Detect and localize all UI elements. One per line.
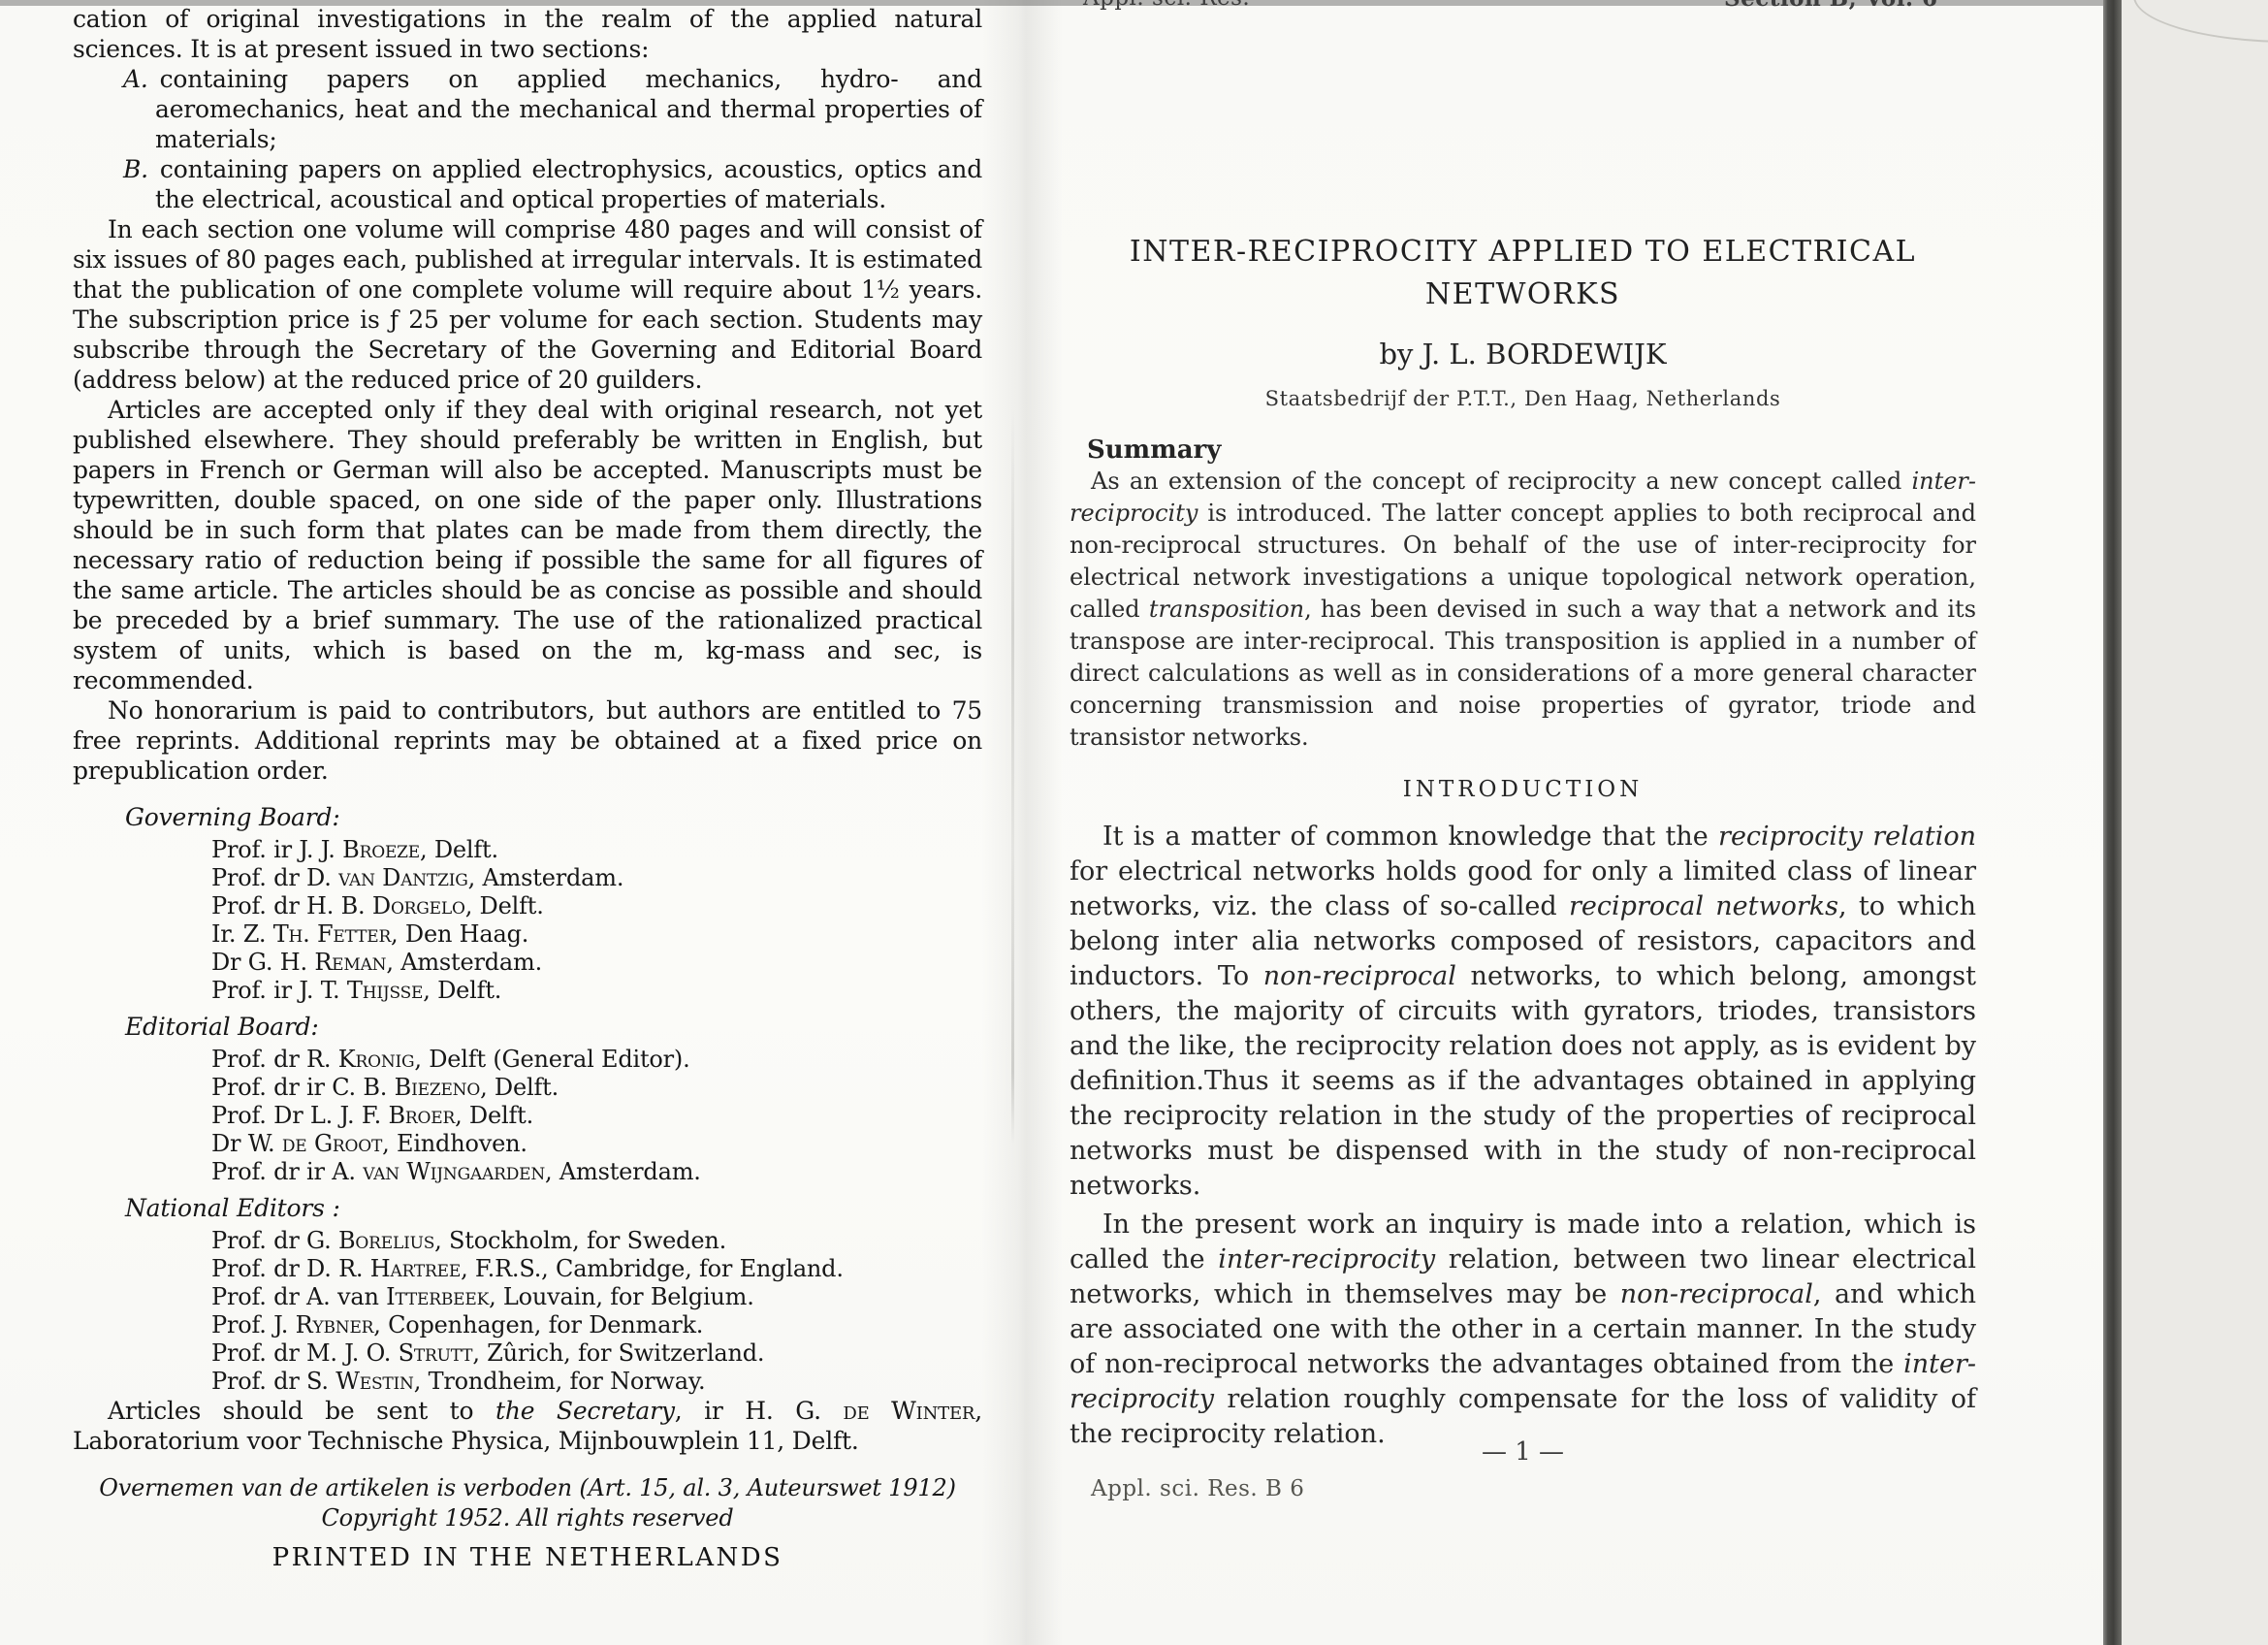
text-segment: , Trondheim, for Norway. — [414, 1368, 706, 1395]
text-segment: , Delft. — [420, 836, 498, 863]
governing-board-members-line: Prof. dr H. B. Dorgelo, Delft. — [73, 892, 982, 920]
section-b-item: B.containing papers on applied electroph… — [73, 154, 982, 214]
secretary-note: Articles should be sent to the Secretary… — [73, 1396, 982, 1456]
national-editors-members-line: Prof. dr D. R. Hartree, F.R.S., Cambridg… — [73, 1255, 982, 1283]
national-editors-members-line: Prof. dr A. van Itterbeek, Louvain, for … — [73, 1283, 982, 1311]
text-segment: , Delft. — [465, 892, 544, 919]
introduction-paragraph-2: In the present work an inquiry is made i… — [1070, 1208, 1976, 1452]
articles-policy-paragraph: Articles are accepted only if they deal … — [73, 395, 982, 695]
national-editors-members: Prof. dr G. Borelius, Stockholm, for Swe… — [73, 1227, 982, 1396]
text-segment: transposition — [1149, 596, 1304, 623]
printed-in-netherlands-line: PRINTED IN THE NETHERLANDS — [73, 1543, 982, 1573]
honorarium-paragraph: No honorarium is paid to contributors, b… — [73, 695, 982, 786]
text-segment: Thijsse — [347, 977, 423, 1004]
text-segment: , Amsterdam. — [545, 1158, 701, 1185]
text-segment: Rybner — [296, 1311, 374, 1339]
text-segment: Kronig — [338, 1046, 415, 1073]
text-segment: , Louvain, for Belgium. — [489, 1283, 754, 1310]
page-number: — 1 — — [1070, 1437, 1976, 1467]
text-segment: Broeze — [342, 836, 420, 863]
editorial-board-members: Prof. dr R. Kronig, Delft (General Edito… — [73, 1046, 982, 1186]
governing-board-members-line: Dr G. H. Reman, Amsterdam. — [73, 949, 982, 977]
text-segment: Th. Fetter — [273, 920, 391, 948]
summary-heading: Summary — [1087, 435, 1976, 466]
summary-paragraph: As an extension of the concept of recipr… — [1070, 466, 1976, 754]
editorial-board-members-line: Prof. dr ir C. B. Biezeno, Delft. — [73, 1074, 982, 1102]
text-segment: Articles should be sent to — [108, 1397, 495, 1425]
article-title: INTER-RECIPROCITY APPLIED TO ELECTRICAL … — [1070, 231, 1976, 316]
text-segment: van Wijngaarden — [363, 1158, 545, 1185]
governing-board-members-line: Prof. ir J. J. Broeze, Delft. — [73, 836, 982, 864]
national-editors-members-line: Prof. dr G. Borelius, Stockholm, for Swe… — [73, 1227, 982, 1255]
editorial-board-members-line: Prof. dr ir A. van Wijngaarden, Amsterda… — [73, 1158, 982, 1186]
text-segment: , Copenhagen, for Denmark. — [373, 1311, 703, 1339]
section-a-label: A. — [123, 65, 148, 93]
text-segment: Borelius — [338, 1227, 434, 1254]
governing-board-members: Prof. ir J. J. Broeze, Delft.Prof. dr D.… — [73, 836, 982, 1005]
text-segment: , Den Haag. — [391, 920, 528, 948]
editorial-board: Editorial Board: Prof. dr R. Kronig, Del… — [73, 1011, 982, 1186]
governing-board-members-line: Ir. Z. Th. Fetter, Den Haag. — [73, 920, 982, 949]
text-segment: Prof. dr G. — [211, 1227, 338, 1254]
text-segment: Biezeno — [395, 1074, 480, 1101]
text-segment: Itterbeek — [386, 1283, 489, 1310]
section-a-text: containing papers on applied mechanics, … — [155, 65, 982, 153]
text-segment: Hartree — [370, 1255, 461, 1282]
text-segment: Prof. ir J. J. — [211, 836, 342, 863]
right-page: INTER-RECIPROCITY APPLIED TO ELECTRICAL … — [1070, 0, 1976, 1452]
text-segment: Reman — [314, 949, 386, 976]
scan-page-edge-band — [2103, 0, 2122, 1645]
page-gutter-shadow — [981, 0, 1063, 1645]
text-segment: Prof. dr D. R. — [211, 1255, 370, 1282]
text-segment: networks, to which belong, amongst other… — [1070, 961, 1976, 1201]
governing-board: Governing Board: Prof. ir J. J. Broeze, … — [73, 801, 982, 1005]
text-segment: inter-reciprocity — [1218, 1244, 1435, 1274]
editorial-board-members-line: Dr W. de Groot, Eindhoven. — [73, 1130, 982, 1158]
text-segment: Prof. dr R. — [211, 1046, 338, 1073]
text-segment: Westin — [335, 1368, 413, 1395]
editorial-board-members-line: Prof. Dr L. J. F. Broer, Delft. — [73, 1102, 982, 1130]
text-segment: de Groot — [282, 1130, 382, 1157]
article-byline: by J. L. BORDEWIJK — [1070, 338, 1976, 371]
text-segment: , Stockholm, for Sweden. — [434, 1227, 726, 1254]
text-segment: , Eindhoven. — [382, 1130, 527, 1157]
text-segment: , Amsterdam. — [468, 864, 624, 891]
text-segment: , Zûrich, for Switzerland. — [472, 1339, 764, 1367]
section-a-item: A.containing papers on applied mechanics… — [73, 64, 982, 154]
governing-board-heading: Governing Board: — [125, 801, 982, 834]
scan-background-margin — [2122, 0, 2268, 1645]
text-segment: , Delft. — [480, 1074, 559, 1101]
text-segment: Dr G. H. — [211, 949, 314, 976]
text-segment: It is a matter of common knowledge that … — [1102, 822, 1718, 852]
section-b-text: containing papers on applied electrophys… — [155, 155, 982, 213]
text-segment: Strutt — [399, 1339, 473, 1367]
text-segment: van Dantzig — [338, 864, 468, 891]
governing-board-members-line: Prof. ir J. T. Thijsse, Delft. — [73, 977, 982, 1005]
text-segment: Prof. dr ir C. B. — [211, 1074, 395, 1101]
text-segment: Prof. dr D. — [211, 864, 338, 891]
text-segment: non-reciprocal — [1263, 961, 1456, 991]
text-segment: , F.R.S., Cambridge, for England. — [461, 1255, 844, 1282]
introduction-paragraph-1: It is a matter of common knowledge that … — [1070, 820, 1976, 1204]
text-segment: , ir H. G. — [675, 1397, 844, 1425]
copyright-notice-line: Copyright 1952. All rights reserved — [73, 1503, 982, 1533]
text-segment: , Delft (General Editor). — [414, 1046, 689, 1073]
text-segment: de Winter — [843, 1397, 974, 1425]
text-segment: , Delft. — [423, 977, 501, 1004]
national-editors-members-line: Prof. dr S. Westin, Trondheim, for Norwa… — [73, 1368, 982, 1396]
text-segment: Dr W. — [211, 1130, 282, 1157]
text-segment: Dorgelo — [372, 892, 465, 919]
text-segment: Broer — [388, 1102, 455, 1129]
text-segment: Prof. dr ir A. — [211, 1158, 363, 1185]
left-page: cation of original investigations in the… — [73, 4, 982, 1573]
left-opening-paragraph: cation of original investigations in the… — [73, 4, 982, 64]
introduction-heading: INTRODUCTION — [1070, 775, 1976, 804]
text-segment: Prof. dr H. B. — [211, 892, 372, 919]
text-segment: reciprocal networks — [1569, 891, 1838, 921]
text-segment: Prof. Dr L. J. F. — [211, 1102, 388, 1129]
editorial-board-members-line: Prof. dr R. Kronig, Delft (General Edito… — [73, 1046, 982, 1074]
copyright-notice-line: Overnemen van de artikelen is verboden (… — [73, 1473, 982, 1503]
text-segment: the Secretary — [495, 1397, 675, 1425]
governing-board-members-line: Prof. dr D. van Dantzig, Amsterdam. — [73, 864, 982, 892]
editorial-board-heading: Editorial Board: — [125, 1011, 982, 1044]
national-editors: National Editors : Prof. dr G. Borelius,… — [73, 1192, 982, 1396]
text-segment: Prof. ir J. T. — [211, 977, 347, 1004]
scanned-journal-spread: Appl. sci. Res. Section B, Vol. 6 cation… — [0, 0, 2268, 1645]
text-segment: Prof. J. — [211, 1311, 296, 1339]
text-segment: reciprocity relation — [1718, 822, 1976, 852]
volume-info-paragraph: In each section one volume will comprise… — [73, 214, 982, 395]
author-affiliation: Staatsbedrijf der P.T.T., Den Haag, Neth… — [1070, 386, 1976, 411]
section-b-label: B. — [123, 155, 148, 183]
copyright-notice: Overnemen van de artikelen is verboden (… — [73, 1473, 982, 1533]
text-segment: Prof. dr A. van — [211, 1283, 386, 1310]
national-editors-members-line: Prof. J. Rybner, Copenhagen, for Denmark… — [73, 1311, 982, 1339]
text-segment: As an extension of the concept of recipr… — [1091, 468, 1911, 495]
text-segment: , Delft. — [455, 1102, 533, 1129]
text-segment: non-reciprocal — [1620, 1279, 1813, 1309]
journal-footer-reference: Appl. sci. Res. B 6 — [1091, 1476, 1304, 1501]
national-editors-members-line: Prof. dr M. J. O. Strutt, Zûrich, for Sw… — [73, 1339, 982, 1368]
page-gutter-streak — [1011, 407, 1014, 1145]
text-segment: Ir. Z. — [211, 920, 273, 948]
text-segment: , Amsterdam. — [386, 949, 542, 976]
national-editors-heading: National Editors : — [125, 1192, 982, 1225]
text-segment: Prof. dr S. — [211, 1368, 335, 1395]
text-segment: Prof. dr M. J. O. — [211, 1339, 399, 1367]
